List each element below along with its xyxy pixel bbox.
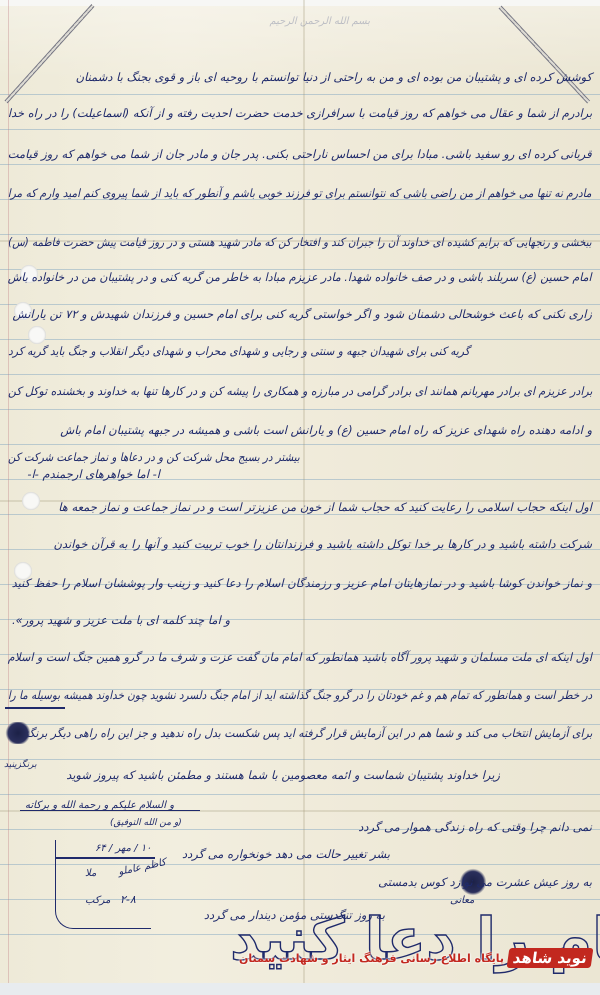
letter-line: زاری نکنی که باعث خوشحالی دشمنان شود و ا… [13, 307, 592, 321]
letter-page: بسم الله الرحمن الرحیم کوشش کرده ای و پش… [0, 0, 600, 995]
letter-line: اول اینکه حجاب اسلامی را رعایت کنید که ح… [58, 500, 592, 514]
letter-line: کوشش کرده ای و پشتیبان من بوده ای و من ب… [76, 70, 592, 84]
poem-line: نمی دانم چرا وقتی که راه زندگی هموار می … [358, 820, 592, 834]
letter-line: برادر عزیزم ای برادر مهربانم همانند ای ب… [8, 384, 592, 398]
signature-label: ملا [85, 868, 96, 879]
closing-sub: (و من الله التوفیق) [110, 818, 182, 828]
date-underline [55, 857, 155, 859]
poem-line: بشر تغییر حالت می دهد خونخواره می گردد [182, 847, 390, 861]
watermark-logo: نوید شاهد [507, 948, 594, 968]
letter-line: قربانی کرده ای رو سفید باشی. مبادا برای … [8, 147, 592, 161]
letter-line: اول اینکه ای ملت مسلمان و شهید پرور آگاه… [8, 650, 592, 664]
scan-edge-bottom [0, 983, 600, 995]
letter-line: گریه کنی برای شهیدان جبهه و سنتی و رجایی… [8, 344, 470, 358]
date-text: ۱۰ / مهر / ۶۴ [95, 843, 151, 854]
letter-line: زیرا خداوند پشتیبان شماست و ائمه معصومین… [66, 768, 500, 782]
letter-line: مادرم نه تنها می خواهم از من راضی باشی ک… [8, 186, 592, 200]
poem-line: به روز عیش عشرت می نوازد کوس بدمستی [378, 875, 592, 889]
letter-line: برای آزمایش انتخاب می کند و شما هم در ای… [8, 726, 592, 740]
letter-line: ا- اما خواهرهای ارجمندم -ا- [27, 467, 160, 481]
letter-line: شرکت داشته باشید و در کارها بر خدا توکل … [54, 537, 592, 551]
code-text: ۲-۸ [120, 893, 136, 906]
letter-line: ببخشی و رنجهایی که برایم کشیده ای خداوند… [9, 235, 592, 249]
signature-label: مرکب [85, 895, 110, 906]
letter-line: برادرم از شما و عقال می خواهم که روز قیا… [8, 106, 592, 120]
ink-scribble [4, 722, 32, 744]
punch-hole [22, 492, 40, 510]
closing-underline [20, 810, 200, 811]
margin-note: برنگزینید [4, 760, 37, 770]
faint-header: بسم الله الرحمن الرحیم [269, 16, 370, 27]
underline-mark [5, 707, 65, 709]
punch-hole [28, 326, 46, 344]
letter-line: و ادامه دهنده راه شهدای عزیز که راه امام… [60, 423, 592, 437]
watermark: نوید شاهد پایگاه اطلاع رسانی فرهنگ ایثار… [239, 943, 592, 973]
letter-line: و نماز خواندن کوشا باشید و در نمازهایتان… [12, 576, 592, 590]
letter-line: امام حسین (ع) سربلند باشی و در صف خانواد… [8, 270, 592, 284]
letter-line: بیشتر در بسیج محل شرکت کن و در دعاها و ن… [8, 450, 300, 464]
watermark-text: پایگاه اطلاع رسانی فرهنگ ایثار و شهادت س… [239, 952, 504, 965]
letter-line: در خطر است و همانطور که تمام هم و غم خود… [8, 688, 592, 702]
letter-line: و اما چند کلمه ای با ملت عزیز و شهید پرو… [12, 613, 230, 627]
